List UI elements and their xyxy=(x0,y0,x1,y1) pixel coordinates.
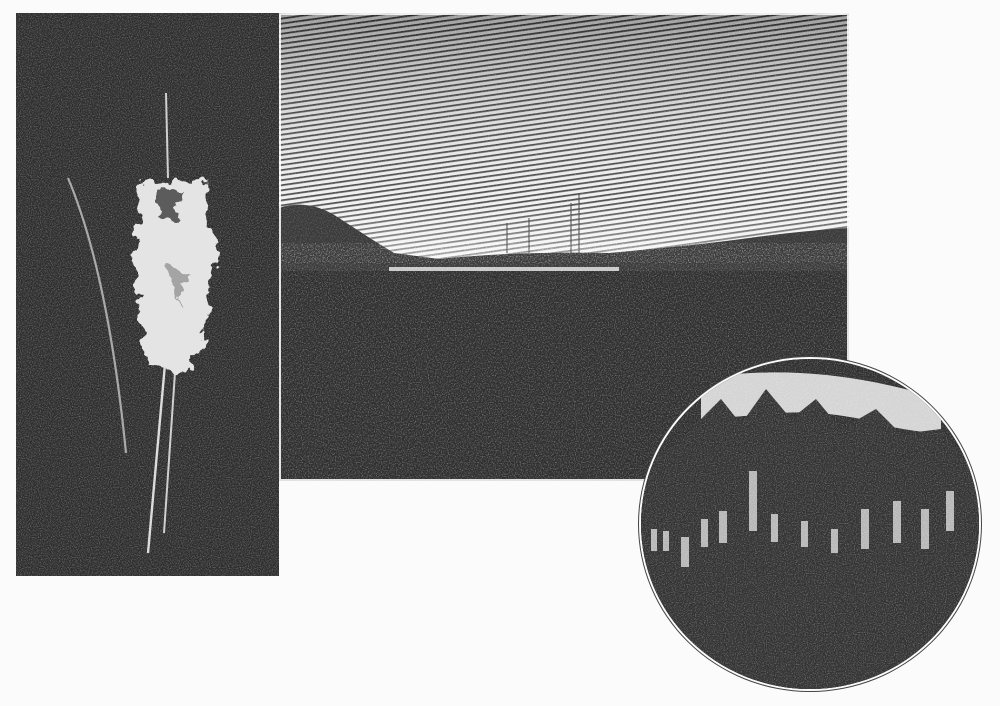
illustration-plate xyxy=(0,0,1000,706)
cattail-stand-inset-photo xyxy=(641,359,979,689)
cattail-closeup-photo xyxy=(16,13,279,576)
cattail-stand-inset-image xyxy=(641,359,979,689)
cattail-closeup-image xyxy=(16,13,279,576)
